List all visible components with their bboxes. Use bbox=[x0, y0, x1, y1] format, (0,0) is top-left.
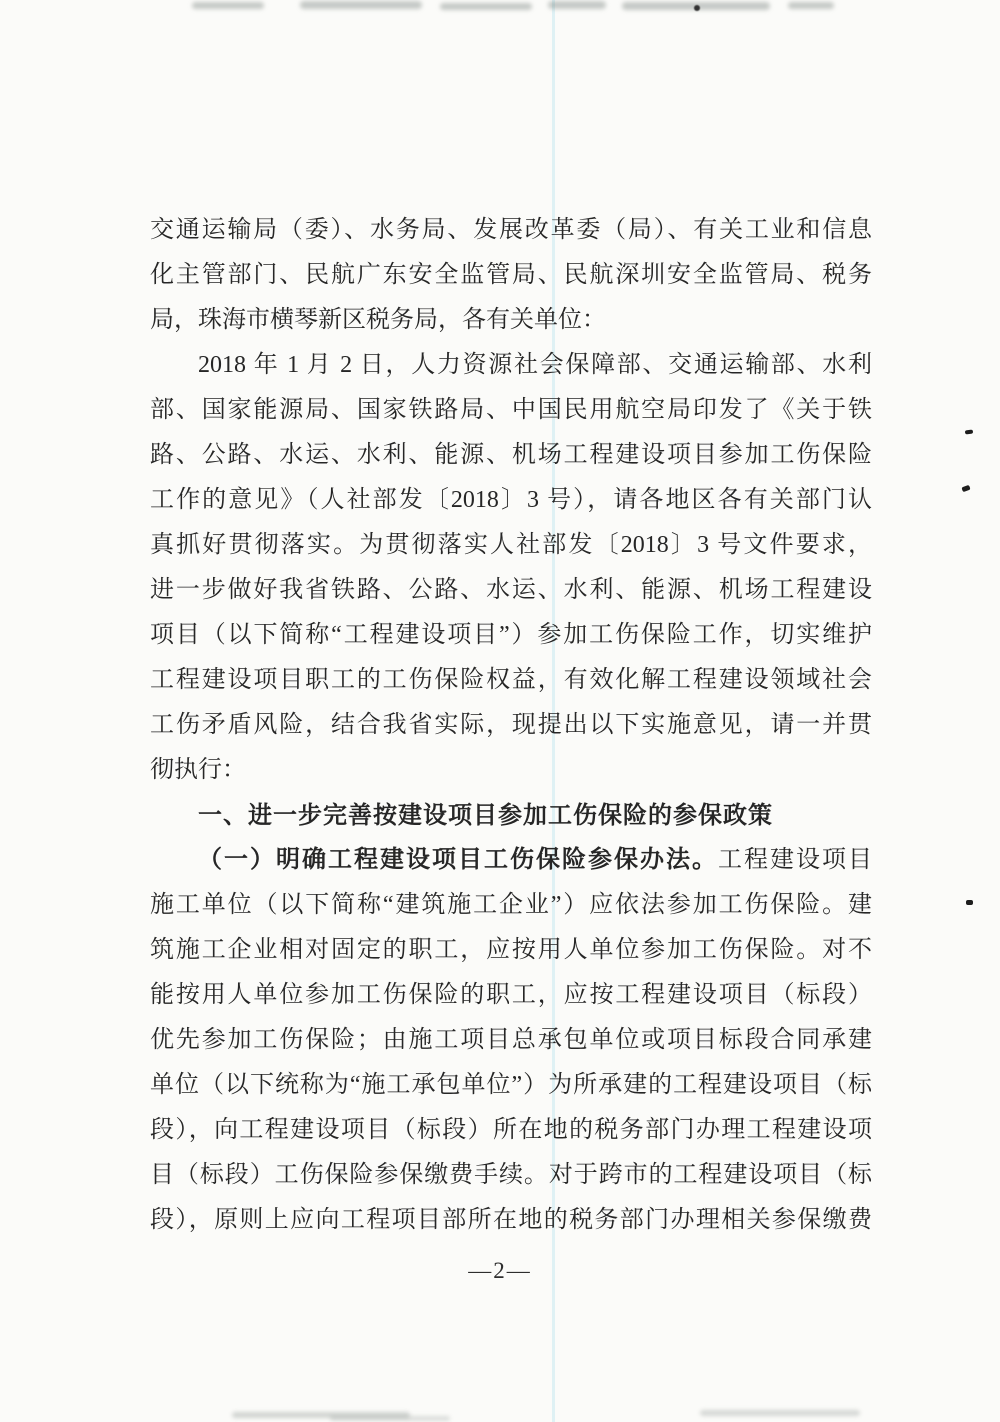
text-segment: 段），原则上应向工程项目部所在地的税务部门办理相关参保缴费 bbox=[150, 1207, 872, 1233]
scanned-document-page: 交通运输局（委）、水务局、发展改革委（局）、有关工业和信息化主管部门、民航广东安… bbox=[0, 0, 1000, 1422]
text-line: 2018 年 1 月 2 日，人力资源社会保障部、交通运输部、水利 bbox=[150, 343, 872, 388]
text-line: 化主管部门、民航广东安全监管局、民航深圳安全监管局、税务 bbox=[150, 253, 872, 298]
text-line: 施工单位（以下简称“建筑施工企业”）应依法参加工伤保险。建 bbox=[150, 883, 872, 928]
text-segment: 进一步做好我省铁路、公路、水运、水利、能源、机场工程建设 bbox=[150, 577, 872, 603]
bold-text-segment: 一、进一步完善按建设项目参加工伤保险的参保政策 bbox=[198, 802, 773, 829]
ink-dot bbox=[961, 485, 970, 492]
text-segment: 真抓好贯彻落实。为贯彻落实人社部发〔2018〕3 号文件要求， bbox=[150, 532, 872, 558]
bold-text-segment: （一）明确工程建设项目工伤保险参保办法。 bbox=[198, 847, 718, 873]
scan-smudge-bottom bbox=[330, 1416, 450, 1421]
text-segment: 筑施工企业相对固定的职工，应按用人单位参加工伤保险。对不 bbox=[150, 937, 872, 963]
section-heading: 一、进一步完善按建设项目参加工伤保险的参保政策 bbox=[150, 793, 872, 838]
ink-dot bbox=[966, 900, 973, 905]
scan-smudge-bottom bbox=[700, 1410, 860, 1416]
text-line: 交通运输局（委）、水务局、发展改革委（局）、有关工业和信息 bbox=[150, 208, 872, 253]
scan-speck bbox=[694, 5, 700, 11]
text-line: 部、国家能源局、国家铁路局、中国民用航空局印发了《关于铁 bbox=[150, 388, 872, 433]
text-segment: 局，珠海市横琴新区税务局，各有关单位： bbox=[150, 307, 606, 333]
text-line: 路、公路、水运、水利、能源、机场工程建设项目参加工伤保险 bbox=[150, 433, 872, 478]
text-block: 交通运输局（委）、水务局、发展改革委（局）、有关工业和信息化主管部门、民航广东安… bbox=[150, 208, 872, 1243]
text-line: 项目（以下简称“工程建设项目”）参加工伤保险工作，切实维护 bbox=[150, 613, 872, 658]
text-segment: 工程建设项目职工的工伤保险权益，有效化解工程建设领域社会 bbox=[150, 667, 872, 693]
scan-smudge-top bbox=[192, 2, 264, 9]
text-line: 段），向工程建设项目（标段）所在地的税务部门办理工程建设项 bbox=[150, 1108, 872, 1153]
text-segment: 交通运输局（委）、水务局、发展改革委（局）、有关工业和信息 bbox=[150, 217, 872, 243]
scan-smudge-top bbox=[788, 2, 834, 9]
text-segment: 优先参加工伤保险；由施工项目总承包单位或项目标段合同承建 bbox=[150, 1027, 872, 1053]
text-line: 工作的意见》（人社部发〔2018〕3 号），请各地区各有关部门认 bbox=[150, 478, 872, 523]
ink-dot bbox=[965, 429, 973, 434]
text-segment: 项目（以下简称“工程建设项目”）参加工伤保险工作，切实维护 bbox=[150, 622, 872, 648]
text-segment: 单位（以下统称为“施工承包单位”）为所承建的工程建设项目（标 bbox=[150, 1072, 872, 1098]
scan-smudge-top bbox=[300, 1, 422, 9]
text-segment: 化主管部门、民航广东安全监管局、民航深圳安全监管局、税务 bbox=[150, 262, 872, 288]
text-segment: 彻执行： bbox=[150, 757, 246, 783]
text-line: 工伤矛盾风险，结合我省实际，现提出以下实施意见，请一并贯 bbox=[150, 703, 872, 748]
text-segment: 工作的意见》（人社部发〔2018〕3 号），请各地区各有关部门认 bbox=[150, 487, 872, 513]
scan-smudge-top bbox=[440, 3, 532, 10]
text-line: 工程建设项目职工的工伤保险权益，有效化解工程建设领域社会 bbox=[150, 658, 872, 703]
text-segment: 部、国家能源局、国家铁路局、中国民用航空局印发了《关于铁 bbox=[150, 397, 872, 423]
text-segment: 工程建设项目 bbox=[718, 847, 872, 873]
text-line: 彻执行： bbox=[150, 748, 872, 793]
text-segment: 目（标段）工伤保险参保缴费手续。对于跨市的工程建设项目（标 bbox=[150, 1162, 872, 1188]
scan-smudge-top bbox=[548, 1, 606, 9]
page-number: —2— bbox=[150, 1258, 850, 1284]
text-segment: 施工单位（以下简称“建筑施工企业”）应依法参加工伤保险。建 bbox=[150, 892, 872, 918]
text-line: 能按用人单位参加工伤保险的职工，应按工程建设项目（标段） bbox=[150, 973, 872, 1018]
text-line: （一）明确工程建设项目工伤保险参保办法。工程建设项目 bbox=[150, 838, 872, 883]
text-line: 筑施工企业相对固定的职工，应按用人单位参加工伤保险。对不 bbox=[150, 928, 872, 973]
text-line: 目（标段）工伤保险参保缴费手续。对于跨市的工程建设项目（标 bbox=[150, 1153, 872, 1198]
text-line: 单位（以下统称为“施工承包单位”）为所承建的工程建设项目（标 bbox=[150, 1063, 872, 1108]
text-line: 优先参加工伤保险；由施工项目总承包单位或项目标段合同承建 bbox=[150, 1018, 872, 1063]
text-segment: 工伤矛盾风险，结合我省实际，现提出以下实施意见，请一并贯 bbox=[150, 712, 872, 738]
text-segment: 能按用人单位参加工伤保险的职工，应按工程建设项目（标段） bbox=[150, 982, 872, 1008]
text-segment: 路、公路、水运、水利、能源、机场工程建设项目参加工伤保险 bbox=[150, 442, 872, 468]
text-line: 段），原则上应向工程项目部所在地的税务部门办理相关参保缴费 bbox=[150, 1198, 872, 1243]
text-segment: 2018 年 1 月 2 日，人力资源社会保障部、交通运输部、水利 bbox=[198, 352, 872, 378]
text-line: 真抓好贯彻落实。为贯彻落实人社部发〔2018〕3 号文件要求， bbox=[150, 523, 872, 568]
text-line: 局，珠海市横琴新区税务局，各有关单位： bbox=[150, 298, 872, 343]
text-line: 进一步做好我省铁路、公路、水运、水利、能源、机场工程建设 bbox=[150, 568, 872, 613]
text-segment: 段），向工程建设项目（标段）所在地的税务部门办理工程建设项 bbox=[150, 1117, 872, 1143]
